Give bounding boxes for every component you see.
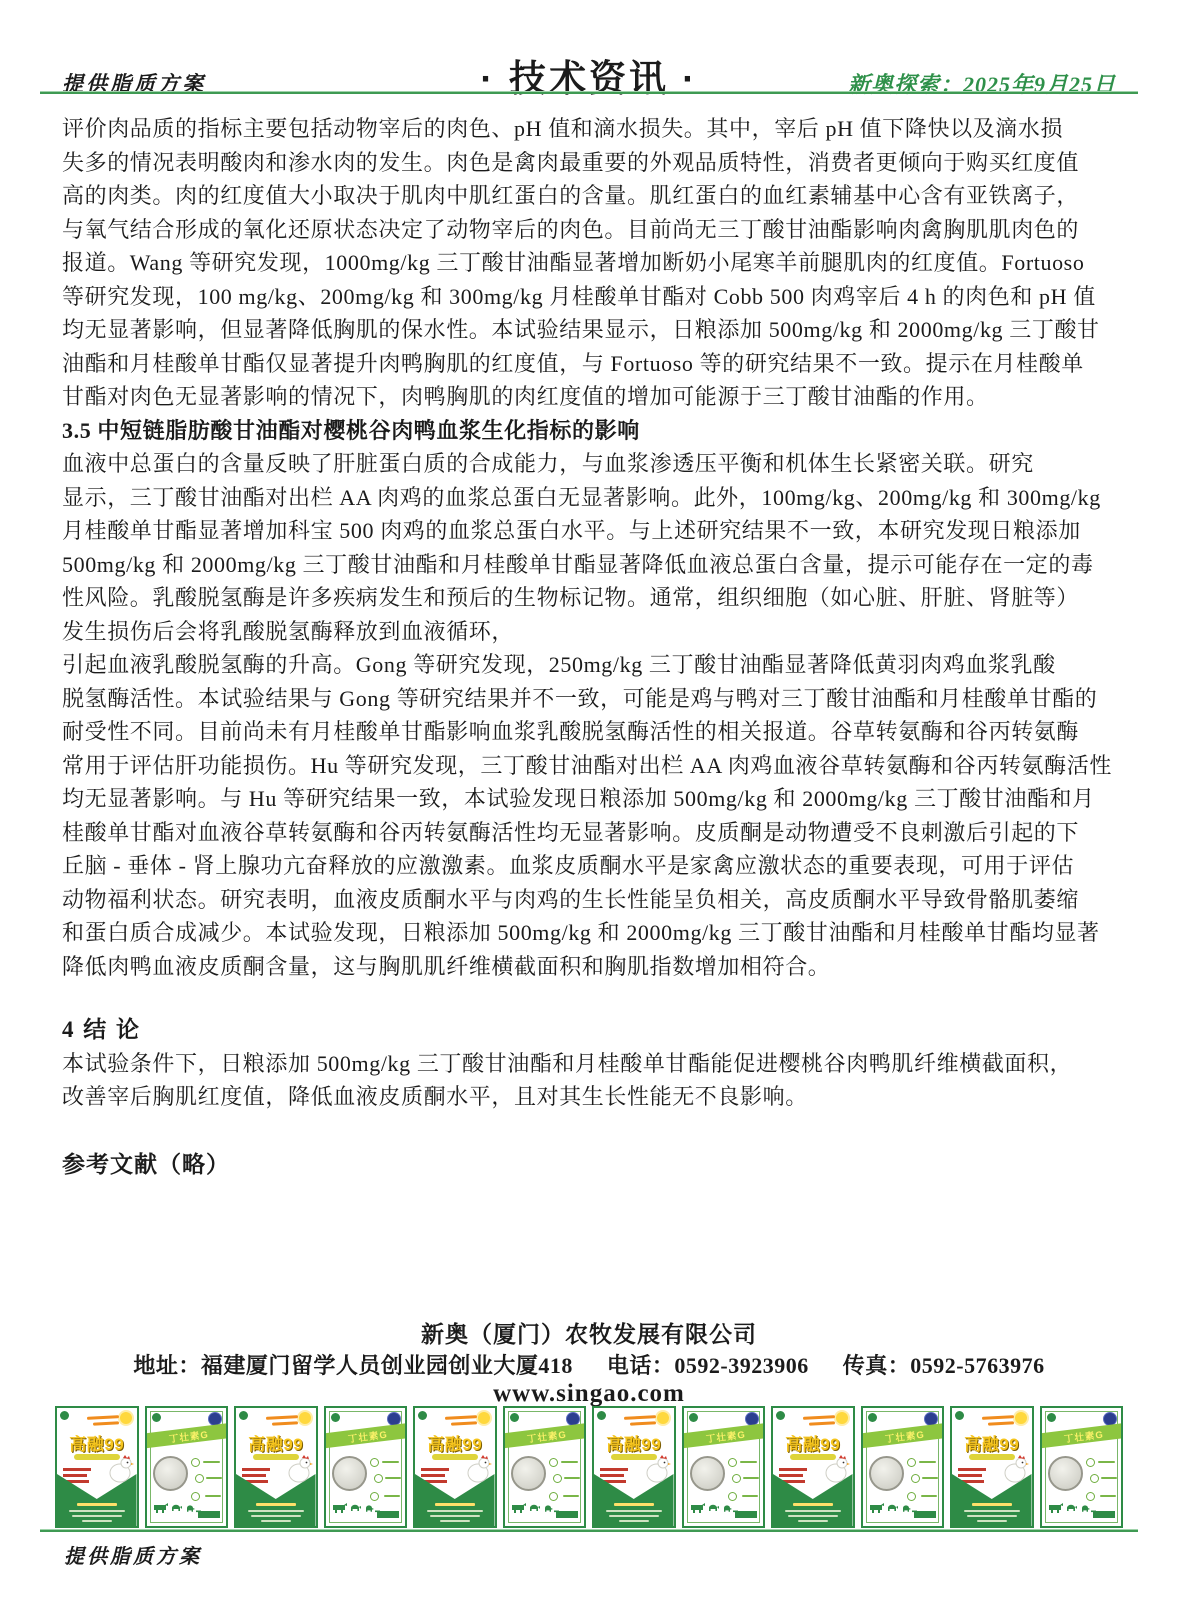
feature-bullet-icon: [370, 1458, 379, 1467]
paragraph-ldh-corticosterone: 引起血液乳酸脱氢酶的升高。Gong 等研究发现，250mg/kg 三丁酸甘油酯显…: [62, 648, 1116, 983]
feature-text-line: [206, 1477, 222, 1479]
text-line: 失多的情况表明酸肉和渗水肉的发生。肉色是禽肉最重要的外观品质特性，消费者更倾向于…: [62, 146, 1116, 180]
package-text-line: [964, 1510, 1020, 1512]
product-title: 丁壮素G: [347, 1426, 388, 1445]
paragraph-conclusion: 本试验条件下，日粮添加 500mg/kg 三丁酸甘油酯和月桂酸单甘酯能促进樱桃谷…: [62, 1047, 1116, 1114]
contact-line: 地址：福建厦门留学人员创业园创业大厦418 电话：0592-3923906 传真…: [0, 1349, 1178, 1380]
package-label-strip: [377, 1511, 399, 1518]
chicken-illustration: [287, 1454, 313, 1489]
product-title: 高融99: [952, 1430, 1032, 1455]
package-label-strip: [735, 1511, 757, 1518]
text-line: 月桂酸单甘酯显著增加科宝 500 肉鸡的血浆总蛋白水平。与上述研究结果不一致，本…: [62, 514, 1116, 548]
product-package-dingzhuangsu: 丁壮素G: [1040, 1406, 1124, 1528]
footer-tagline: 提供脂质方案: [64, 1540, 202, 1569]
product-title: 丁壮素G: [168, 1426, 209, 1445]
package-text-line: [614, 1503, 654, 1506]
text-line: 动物福利状态。研究表明，血液皮质酮水平与肉鸡的生长性能呈负相关，高皮质酮水平导致…: [62, 883, 1116, 917]
feature-bullet-icon: [191, 1458, 200, 1467]
product-title-banner: 丁壮素G: [503, 1422, 587, 1449]
header-left-motto: 提供脂质方案: [62, 68, 480, 102]
package-text-line: [606, 1510, 662, 1512]
package-text-line: [619, 1520, 649, 1522]
slogan-line: [629, 1421, 655, 1425]
package-text-line: [440, 1520, 470, 1522]
feature-text-line: [384, 1495, 400, 1497]
text-line: 油酯和月桂酸单甘酯仅显著提升肉鸭胸肌的红度值，与 Fortuoso 等的研究结果…: [62, 347, 1116, 381]
product-title-banner: 丁壮素G: [861, 1422, 945, 1449]
package-text-line: [69, 1510, 125, 1512]
slogan-line: [444, 1415, 476, 1420]
footer-divider: [40, 1529, 1138, 1532]
paragraph-plasma-protein: 血液中总蛋白的含量反映了肝脏蛋白质的合成能力，与血浆渗透压平衡和机体生长紧密关联…: [62, 447, 1116, 648]
package-text-line: [977, 1520, 1007, 1522]
spec-text-line: [242, 1474, 266, 1477]
feature-text-line: [561, 1461, 578, 1463]
feature-bullet-icon: [1086, 1458, 1095, 1467]
product-package-dingzhuangsu: 丁壮素G: [324, 1406, 408, 1528]
feature-text-line: [382, 1461, 399, 1463]
brand-logo-icon: [418, 1411, 427, 1420]
powder-sample-photo: [332, 1456, 367, 1491]
company-fax: 传真：0592-5763976: [843, 1349, 1045, 1380]
product-package-gaorong99: 高融99: [592, 1406, 676, 1528]
text-line: 引起血液乳酸脱氢酶的升高。Gong 等研究发现，250mg/kg 三丁酸甘油酯显…: [62, 648, 1116, 682]
chicken-illustration: [466, 1454, 492, 1489]
product-package-dingzhuangsu: 丁壮素G: [503, 1406, 587, 1528]
package-text-line: [256, 1503, 296, 1506]
sun-icon: [836, 1412, 848, 1424]
package-text-line: [793, 1503, 833, 1506]
slogan-line: [981, 1415, 1013, 1420]
feature-text-line: [205, 1495, 221, 1497]
spec-text-line: [958, 1474, 982, 1477]
product-title: 丁壮素G: [705, 1426, 746, 1445]
feature-bullet-icon: [549, 1458, 558, 1467]
livestock-silhouettes-icon: [153, 1500, 201, 1519]
product-title: 高融99: [594, 1430, 674, 1455]
product-title-banner: 丁壮素G: [324, 1422, 408, 1449]
package-text-line: [972, 1503, 1012, 1506]
chicken-illustration: [1003, 1454, 1029, 1489]
feature-text-line: [921, 1495, 937, 1497]
package-text-line: [427, 1510, 483, 1512]
company-address: 地址：福建厦门留学人员创业园创业大厦418: [133, 1349, 573, 1380]
text-line: 丘脑 - 垂体 - 肾上腺功亢奋释放的应激激素。血浆皮质酮水平是家禽应激状态的重…: [62, 849, 1116, 883]
slogan-line: [86, 1415, 118, 1420]
product-title: 丁壮素G: [1063, 1426, 1104, 1445]
package-text-line: [609, 1515, 659, 1517]
text-line: 等研究发现，100 mg/kg、200mg/kg 和 300mg/kg 月桂酸单…: [62, 280, 1116, 314]
text-line: 和蛋白质合成减少。本试验发现，日粮添加 500mg/kg 和 2000mg/kg…: [62, 916, 1116, 950]
feature-bullet-icon: [732, 1474, 741, 1483]
product-package-gaorong99: 高融99: [950, 1406, 1034, 1528]
feature-text-line: [743, 1477, 759, 1479]
powder-sample-photo: [153, 1456, 188, 1491]
package-text-line: [72, 1515, 122, 1517]
product-title: 高融99: [57, 1430, 137, 1455]
feature-text-line: [203, 1461, 220, 1463]
product-title: 丁壮素G: [526, 1426, 567, 1445]
feature-text-line: [1100, 1495, 1116, 1497]
sun-icon: [478, 1412, 490, 1424]
chicken-illustration: [824, 1454, 850, 1489]
product-title: 高融99: [415, 1430, 495, 1455]
feature-bullet-icon: [1090, 1474, 1099, 1483]
livestock-silhouettes-icon: [1048, 1500, 1096, 1519]
text-line: 脱氢酶活性。本试验结果与 Gong 等研究结果并不一致，可能是鸡与鸭对三丁酸甘油…: [62, 682, 1116, 716]
spec-text-line: [421, 1468, 449, 1471]
package-label-strip: [556, 1511, 578, 1518]
package-label-strip: [914, 1511, 936, 1518]
livestock-silhouettes-icon: [332, 1500, 380, 1519]
product-package-gaorong99: 高融99: [234, 1406, 318, 1528]
feature-text-line: [742, 1495, 758, 1497]
brand-logo-icon: [152, 1413, 161, 1422]
feature-bullet-icon: [728, 1458, 737, 1467]
powder-sample-photo: [511, 1456, 546, 1491]
product-package-dingzhuangsu: 丁壮素G: [861, 1406, 945, 1528]
feature-text-line: [563, 1495, 579, 1497]
brand-logo-icon: [955, 1411, 964, 1420]
text-line: 耐受性不同。目前尚未有月桂酸单甘酯影响血浆乳酸脱氢酶活性的相关报道。谷草转氨酶和…: [62, 715, 1116, 749]
product-package-gaorong99: 高融99: [55, 1406, 139, 1528]
powder-sample-photo: [690, 1456, 725, 1491]
livestock-silhouettes-icon: [690, 1500, 738, 1519]
slogan-line: [450, 1421, 476, 1425]
text-line: 评价肉品质的指标主要包括动物宰后的肉色、pH 值和滴水损失。其中，宰后 pH 值…: [62, 112, 1116, 146]
feature-text-line: [1098, 1461, 1115, 1463]
feature-text-line: [385, 1477, 401, 1479]
package-label-strip: [1093, 1511, 1115, 1518]
company-name: 新奥（厦门）农牧发展有限公司: [0, 1316, 1178, 1349]
spec-text-line: [242, 1468, 270, 1471]
company-website: www.singao.com: [0, 1380, 1178, 1408]
sun-icon: [657, 1412, 669, 1424]
text-line: 与氧气结合形成的氧化还原状态决定了动物宰后的肉色。目前尚无三丁酸甘油酯影响肉禽胸…: [62, 213, 1116, 247]
package-text-line: [77, 1503, 117, 1506]
references-note: 参考文献（略）: [62, 1148, 1116, 1182]
product-title-banner: 丁壮素G: [145, 1422, 229, 1449]
section-heading-3-5: 3.5 中短链脂肪酸甘油酯对樱桃谷肉鸭血浆生化指标的影响: [62, 414, 1116, 448]
package-text-line: [82, 1520, 112, 1522]
spec-text-line: [63, 1474, 87, 1477]
slogan-line: [987, 1421, 1013, 1425]
feature-text-line: [922, 1477, 938, 1479]
text-line: 常用于评估肝功能损伤。Hu 等研究发现，三丁酸甘油酯对出栏 AA 肉鸡血液谷草转…: [62, 749, 1116, 783]
chicken-illustration: [645, 1454, 671, 1489]
chicken-illustration: [108, 1454, 134, 1489]
paragraph-meat-quality: 评价肉品质的指标主要包括动物宰后的肉色、pH 值和滴水损失。其中，宰后 pH 值…: [62, 112, 1116, 414]
sun-icon: [120, 1412, 132, 1424]
feature-bullet-icon: [907, 1458, 916, 1467]
text-line: 血液中总蛋白的含量反映了肝脏蛋白质的合成能力，与血浆渗透压平衡和机体生长紧密关联…: [62, 447, 1116, 481]
slogan-line: [265, 1415, 297, 1420]
spec-text-line: [63, 1468, 91, 1471]
package-text-line: [248, 1510, 304, 1512]
brand-logo-icon: [1047, 1413, 1056, 1422]
product-title-banner: 丁壮素G: [682, 1422, 766, 1449]
text-line: 降低肉鸭血液皮质酮含量，这与胸肌肌纤维横截面积和胸肌指数增加相符合。: [62, 950, 1116, 984]
product-title: 高融99: [236, 1430, 316, 1455]
package-text-line: [798, 1520, 828, 1522]
product-title: 丁壮素G: [884, 1426, 925, 1445]
product-package-dingzhuangsu: 丁壮素G: [682, 1406, 766, 1528]
livestock-silhouettes-icon: [511, 1500, 559, 1519]
brand-logo-icon: [597, 1411, 606, 1420]
feature-text-line: [740, 1461, 757, 1463]
feature-bullet-icon: [911, 1474, 920, 1483]
brand-logo-icon: [776, 1411, 785, 1420]
spec-text-line: [600, 1474, 624, 1477]
spec-text-line: [421, 1474, 445, 1477]
text-line: 显示，三丁酸甘油酯对出栏 AA 肉鸡的血浆总蛋白无显著影响。此外，100mg/k…: [62, 481, 1116, 515]
package-label-strip: [198, 1511, 220, 1518]
powder-sample-photo: [1048, 1456, 1083, 1491]
header-divider: [40, 91, 1138, 94]
spec-text-line: [779, 1474, 803, 1477]
text-line: 高的肉类。肉的红度值大小取决于肌肉中肌红蛋白的含量。肌红蛋白的血红素辅基中心含有…: [62, 179, 1116, 213]
slogan-line: [802, 1415, 834, 1420]
feature-text-line: [564, 1477, 580, 1479]
brand-logo-icon: [331, 1413, 340, 1422]
brand-logo-icon: [239, 1411, 248, 1420]
product-title-banner: 丁壮素G: [1040, 1422, 1124, 1449]
spec-text-line: [600, 1468, 628, 1471]
feature-bullet-icon: [374, 1474, 383, 1483]
text-line: 甘酯对肉色无显著影响的情况下，肉鸭胸肌的肉红度值的增加可能源于三丁酸甘油酯的作用…: [62, 380, 1116, 414]
text-line: 性风险。乳酸脱氢酶是许多疾病发生和预后的生物标记物。通常，组织细胞（如心脏、肝脏…: [62, 581, 1116, 615]
section-heading-conclusion: 4 结 论: [62, 1013, 1116, 1047]
company-phone: 电话：0592-3923906: [607, 1349, 809, 1380]
slogan-line: [271, 1421, 297, 1425]
text-line: 均无显著影响，但显著降低胸肌的保水性。本试验结果显示，日粮添加 500mg/kg…: [62, 313, 1116, 347]
text-line: 改善宰后胸肌红度值，降低血液皮质酮水平，且对其生长性能无不良影响。: [62, 1080, 1116, 1114]
text-line: 发生损伤后会将乳酸脱氢酶释放到血液循环，: [62, 615, 1116, 649]
package-text-line: [788, 1515, 838, 1517]
sun-icon: [299, 1412, 311, 1424]
package-text-line: [785, 1510, 841, 1512]
text-line: 500mg/kg 和 2000mg/kg 三丁酸甘油酯和月桂酸单甘酯显著降低血液…: [62, 548, 1116, 582]
package-text-line: [967, 1515, 1017, 1517]
text-line: 报道。Wang 等研究发现，1000mg/kg 三丁酸甘油酯显著增加断奶小尾寒羊…: [62, 246, 1116, 280]
feature-bullet-icon: [195, 1474, 204, 1483]
slogan-line: [92, 1421, 118, 1425]
package-text-line: [430, 1515, 480, 1517]
livestock-silhouettes-icon: [869, 1500, 917, 1519]
powder-sample-photo: [869, 1456, 904, 1491]
text-line: 本试验条件下，日粮添加 500mg/kg 三丁酸甘油酯和月桂酸单甘酯能促进樱桃谷…: [62, 1047, 1116, 1081]
feature-bullet-icon: [553, 1474, 562, 1483]
product-package-gaorong99: 高融99: [771, 1406, 855, 1528]
text-line: 桂酸单甘酯对血液谷草转氨酶和谷丙转氨酶活性均无显著影响。皮质酮是动物遭受不良刺激…: [62, 816, 1116, 850]
feature-text-line: [1101, 1477, 1117, 1479]
header-date: 新奥探索：2025年9月25日: [698, 68, 1116, 102]
spec-text-line: [779, 1468, 807, 1471]
text-line: 均无显著影响。与 Hu 等研究结果一致，本试验发现日粮添加 500mg/kg 和…: [62, 782, 1116, 816]
product-thumbnail-strip: 高融99 丁壮素G: [55, 1406, 1123, 1528]
brand-logo-icon: [689, 1413, 698, 1422]
feature-text-line: [919, 1461, 936, 1463]
brand-logo-icon: [510, 1413, 519, 1422]
slogan-line: [808, 1421, 834, 1425]
spec-text-line: [958, 1468, 986, 1471]
package-text-line: [251, 1515, 301, 1517]
product-package-dingzhuangsu: 丁壮素G: [145, 1406, 229, 1528]
package-text-line: [435, 1503, 475, 1506]
slogan-line: [623, 1415, 655, 1420]
package-text-line: [261, 1520, 291, 1522]
brand-logo-icon: [60, 1411, 69, 1420]
brand-logo-icon: [868, 1413, 877, 1422]
product-title: 高融99: [773, 1430, 853, 1455]
article-body: 评价肉品质的指标主要包括动物宰后的肉色、pH 值和滴水损失。其中，宰后 pH 值…: [62, 112, 1116, 1181]
page-header: 提供脂质方案 · 技术资讯 · 新奥探索：2025年9月25日: [62, 48, 1116, 92]
product-package-gaorong99: 高融99: [413, 1406, 497, 1528]
sun-icon: [1015, 1412, 1027, 1424]
